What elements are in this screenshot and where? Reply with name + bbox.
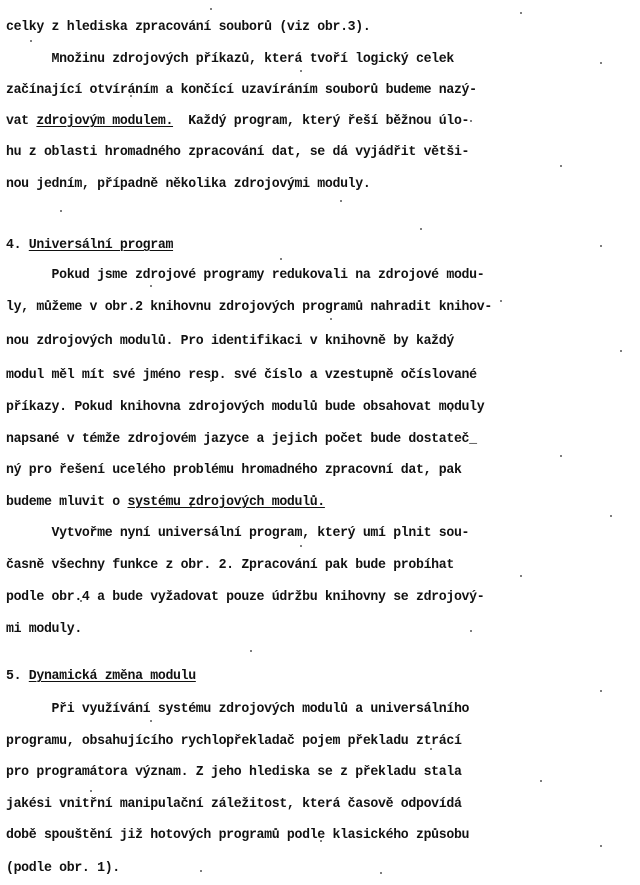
text-segment: časně všechny funkce z obr. 2. Zpracován… <box>6 557 454 573</box>
text-line: nou zdrojových modulů. Pro identifikaci … <box>6 332 454 350</box>
text-segment: (podle obr. 1). <box>6 860 120 876</box>
underlined-term: Dynamická změna modulu <box>29 668 196 684</box>
scan-noise-dot <box>470 120 472 122</box>
text-segment: ný pro řešení ucelého problému hromadnéh… <box>6 462 462 478</box>
scan-noise-dot <box>600 690 602 692</box>
text-line: Vytvořme nyní universální program, který… <box>6 524 469 542</box>
scan-noise-dot <box>150 720 152 722</box>
underlined-term: Universální program <box>29 237 173 253</box>
scan-noise-dot <box>620 350 622 352</box>
text-segment: 4. <box>6 237 29 253</box>
scan-noise-dot <box>190 505 192 507</box>
text-segment: celky z hlediska zpracování souborů (viz… <box>6 19 370 35</box>
text-line: hu z oblasti hromadného zpracování dat, … <box>6 143 469 161</box>
text-line: začínající otvíráním a končící uzavírání… <box>6 81 477 99</box>
scan-noise-dot <box>150 285 152 287</box>
text-segment: 5. <box>6 668 29 684</box>
underlined-term: zdrojovým modulem. <box>36 113 173 129</box>
text-line: vat zdrojovým modulem. Každý program, kt… <box>6 112 469 130</box>
scan-noise-dot <box>250 650 252 652</box>
scan-noise-dot <box>420 228 422 230</box>
text-line: Pokud jsme zdrojové programy redukovali … <box>6 266 484 284</box>
text-line: budeme mluvit o systému zdrojových modul… <box>6 493 325 511</box>
text-segment: hu z oblasti hromadného zpracování dat, … <box>6 144 469 160</box>
text-line: celky z hlediska zpracování souborů (viz… <box>6 18 370 36</box>
section-heading: 4. Universální program <box>6 236 173 254</box>
text-segment: napsané v témže zdrojovém jazyce a jejic… <box>6 431 477 447</box>
text-line: modul měl mít své jméno resp. své číslo … <box>6 366 477 384</box>
text-segment: pro programátora význam. Z jeho hlediska… <box>6 764 462 780</box>
scan-noise-dot <box>600 845 602 847</box>
scan-noise-dot <box>470 630 472 632</box>
text-line: Při využívání systému zdrojových modulů … <box>6 700 469 718</box>
scan-noise-dot <box>30 40 32 42</box>
scan-noise-dot <box>520 12 522 14</box>
scan-noise-dot <box>560 455 562 457</box>
scan-noise-dot <box>560 165 562 167</box>
scan-noise-dot <box>320 840 322 842</box>
text-line: mi moduly. <box>6 620 82 638</box>
scan-noise-dot <box>380 470 382 472</box>
text-segment: jakési vnitřní manipulační záležitost, k… <box>6 796 462 812</box>
scan-noise-dot <box>130 95 132 97</box>
scan-noise-dot <box>210 380 212 382</box>
text-line: podle obr.4 a bude vyžadovat pouze údržb… <box>6 588 484 606</box>
scan-noise-dot <box>250 150 252 152</box>
scan-noise-dot <box>520 575 522 577</box>
text-segment: příkazy. Pokud knihovna zdrojových modul… <box>6 399 484 415</box>
text-line: době spouštění již hotových programů pod… <box>6 826 469 844</box>
scan-noise-dot <box>340 200 342 202</box>
scan-noise-dot <box>380 872 382 874</box>
scan-noise-dot <box>300 70 302 72</box>
text-segment: začínající otvíráním a končící uzavírání… <box>6 82 477 98</box>
text-segment: vat <box>6 113 36 129</box>
text-line: časně všechny funkce z obr. 2. Zpracován… <box>6 556 454 574</box>
text-segment: ly, můžeme v obr.2 knihovnu zdrojových p… <box>6 299 492 315</box>
scan-noise-dot <box>600 245 602 247</box>
scan-noise-dot <box>300 545 302 547</box>
text-line: napsané v témže zdrojovém jazyce a jejic… <box>6 430 477 448</box>
text-segment: mi moduly. <box>6 621 82 637</box>
underlined-term: systému zdrojových modulů. <box>127 494 324 510</box>
scan-noise-dot <box>500 300 502 302</box>
text-segment: Při využívání systému zdrojových modulů … <box>6 701 469 717</box>
text-segment: modul měl mít své jméno resp. své číslo … <box>6 367 477 383</box>
scan-noise-dot <box>60 210 62 212</box>
scan-noise-dot <box>80 600 82 602</box>
scan-noise-dot <box>200 870 202 872</box>
scan-noise-dot <box>210 8 212 10</box>
text-segment: Vytvořme nyní universální program, který… <box>6 525 469 541</box>
text-segment: nou zdrojových modulů. Pro identifikaci … <box>6 333 454 349</box>
text-segment: programu, obsahujícího rychlopřekladač p… <box>6 733 462 749</box>
text-line: Množinu zdrojových příkazů, která tvoří … <box>6 50 454 68</box>
typewritten-page: celky z hlediska zpracování souborů (viz… <box>0 0 640 885</box>
scan-noise-dot <box>280 258 282 260</box>
text-segment: podle obr.4 a bude vyžadovat pouze údržb… <box>6 589 484 605</box>
scan-noise-dot <box>610 515 612 517</box>
text-segment: Pokud jsme zdrojové programy redukovali … <box>6 267 484 283</box>
text-segment: budeme mluvit o <box>6 494 127 510</box>
scan-noise-dot <box>430 748 432 750</box>
text-line: jakési vnitřní manipulační záležitost, k… <box>6 795 462 813</box>
text-line: ný pro řešení ucelého problému hromadnéh… <box>6 461 462 479</box>
section-heading: 5. Dynamická změna modulu <box>6 667 196 685</box>
scan-noise-dot <box>600 62 602 64</box>
text-line: (podle obr. 1). <box>6 859 120 877</box>
text-line: programu, obsahujícího rychlopřekladač p… <box>6 732 462 750</box>
text-segment: nou jedním, případně několika zdrojovými… <box>6 176 370 192</box>
text-segment: Množinu zdrojových příkazů, která tvoří … <box>6 51 454 67</box>
text-segment: Každý program, který řeší běžnou úlo- <box>173 113 469 129</box>
text-line: ly, můžeme v obr.2 knihovnu zdrojových p… <box>6 298 492 316</box>
scan-noise-dot <box>540 780 542 782</box>
text-line: příkazy. Pokud knihovna zdrojových modul… <box>6 398 484 416</box>
text-line: pro programátora význam. Z jeho hlediska… <box>6 763 462 781</box>
scan-noise-dot <box>330 318 332 320</box>
text-segment: době spouštění již hotových programů pod… <box>6 827 469 843</box>
scan-noise-dot <box>90 440 92 442</box>
scan-noise-dot <box>90 790 92 792</box>
scan-noise-dot <box>450 410 452 412</box>
text-line: nou jedním, případně několika zdrojovými… <box>6 175 370 193</box>
